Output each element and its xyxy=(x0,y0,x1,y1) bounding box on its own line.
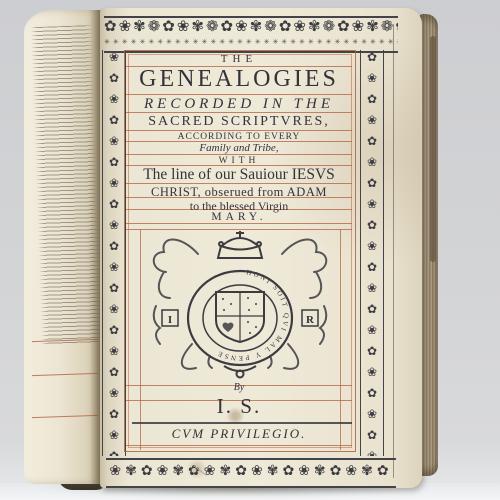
title-line: GENEALOGIES xyxy=(126,66,352,93)
royal-coat-of-arms: HONI SOIT QVI MAL Y PENSE I xyxy=(140,228,340,380)
author-initials: I. S. xyxy=(126,394,352,419)
title-line: RECORDED IN THE xyxy=(126,96,352,113)
title-line: ACCORDING TO EVERY xyxy=(126,132,352,142)
flower-ornament-icon: ❀✾✿❀✾✿❀✾✿❀✾✿❀✾✿❀✾✿ xyxy=(106,460,396,484)
title-line: CHRIST, obserued from ADAM xyxy=(126,185,352,200)
chain-ornament-icon: ✳✳✳✳✳✳✳✳✳✳✳✳✳✳✳✳✳✳✳✳✳✳✳✳✳✳✳✳✳✳✳✳✳✳✳✳✳✳✳✳ xyxy=(104,37,398,47)
bottom-woodcut-border: ❀✾✿❀✾✿❀✾✿❀✾✿❀✾✿❀✾✿ xyxy=(106,458,396,488)
title-line: THE xyxy=(126,53,352,65)
cover-edge-strip xyxy=(430,36,436,262)
title-line: MARY. xyxy=(126,211,352,223)
initial-R: R xyxy=(306,314,315,326)
harp-heart-charge xyxy=(223,323,234,332)
title-line: WITH xyxy=(126,156,352,166)
flower-ornament-icon: ✿❀✾❁✿❀✾❁✿❀✾❁✿❀✾❁✿❀✾❁✿❀✾❁ xyxy=(104,18,398,37)
red-rule xyxy=(126,154,352,155)
top-woodcut-border: ✿❀✾❁✿❀✾❁✿❀✾❁✿❀✾❁✿❀✾❁✿❀✾❁ ✳✳✳✳✳✳✳✳✳✳✳✳✳✳✳… xyxy=(104,16,398,53)
crest-base-ornament xyxy=(224,366,256,378)
red-rule xyxy=(126,223,352,224)
title-line: Family and Tribe, xyxy=(126,142,352,154)
page-edge-line xyxy=(393,24,394,478)
red-rule xyxy=(126,445,352,446)
imprint-line: CVM PRIVILEGIO. xyxy=(126,426,352,442)
left-woodcut-border: ❀✿❀✿❀✿❀✿❀✿❀✿❀✿❀✿❀✿❀✿ xyxy=(102,50,126,456)
crown-icon xyxy=(218,231,262,258)
by-label: By xyxy=(126,382,352,393)
red-rule xyxy=(126,94,352,95)
red-rule xyxy=(126,130,352,131)
facing-page-red-rule xyxy=(32,415,98,418)
ink-rule xyxy=(132,422,352,424)
title-line: The line of our Sauiour IESVS xyxy=(126,166,352,184)
title-page: ✿❀✾❁✿❀✾❁✿❀✾❁✿❀✾❁✿❀✾❁✿❀✾❁ ✳✳✳✳✳✳✳✳✳✳✳✳✳✳✳… xyxy=(100,8,422,488)
quartered-shield xyxy=(216,292,264,342)
right-woodcut-border: ✿❀✿❀✿❀✿❀✿❀✿❀✿❀✿❀✿❀✿❀ xyxy=(360,50,384,456)
initial-I: I xyxy=(168,314,172,326)
title-line: SACRED SCRIPTVRES, xyxy=(126,114,352,130)
photo-background: ✿❀✾❁✿❀✾❁✿❀✾❁✿❀✾❁✿❀✾❁✿❀✾❁ ✳✳✳✳✳✳✳✳✳✳✳✳✳✳✳… xyxy=(0,0,500,500)
facing-page-red-rule xyxy=(32,373,98,376)
